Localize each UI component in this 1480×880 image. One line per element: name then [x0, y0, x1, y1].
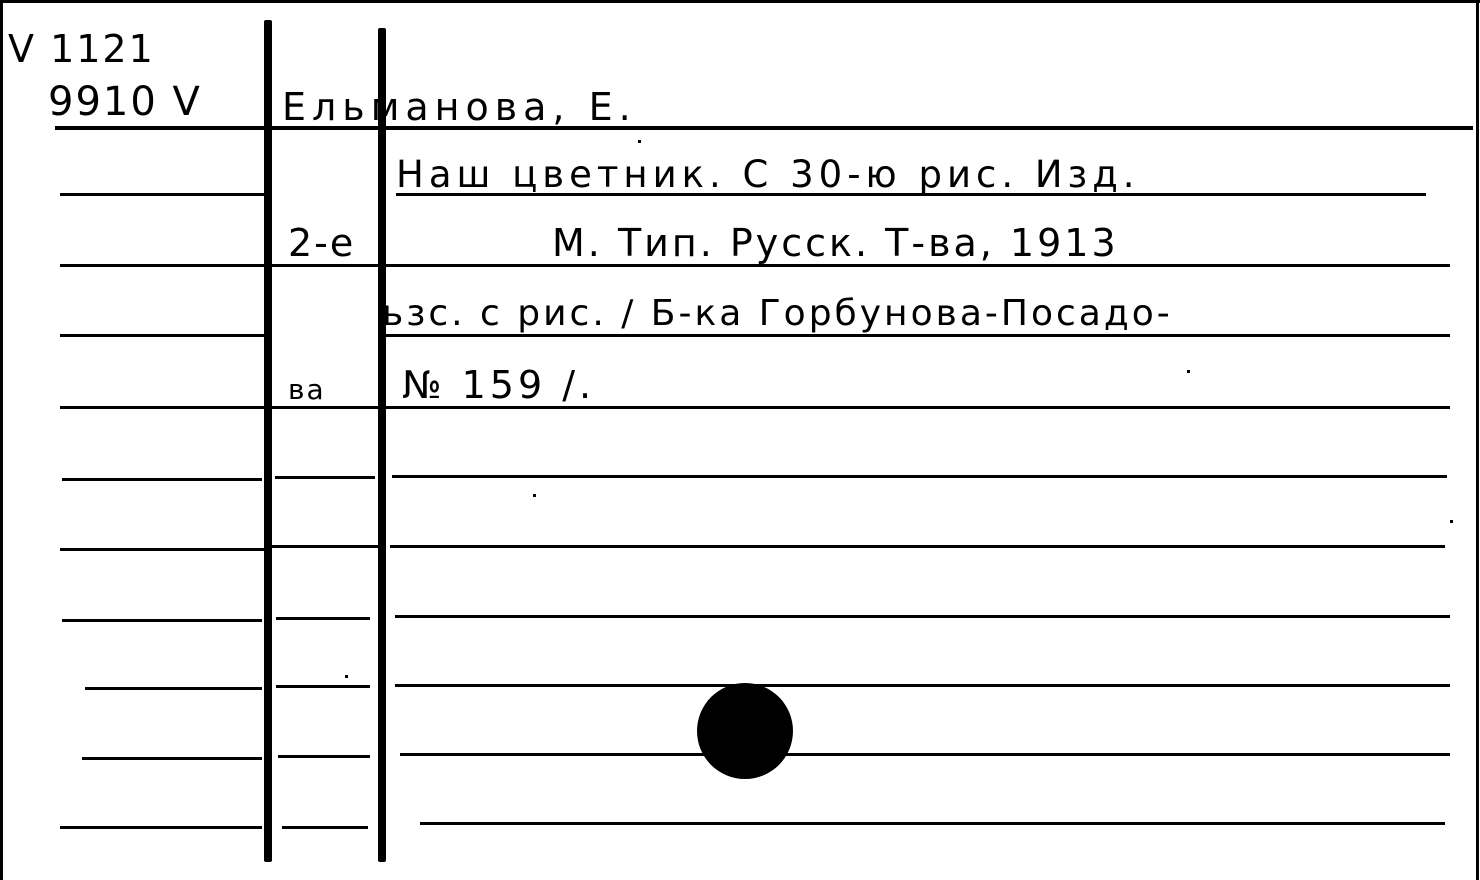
ruled-line [395, 684, 1450, 687]
ruled-line [390, 545, 1445, 548]
margin-continuation: ва [288, 376, 326, 404]
ruled-line [60, 193, 265, 196]
card-top-edge [0, 0, 1480, 3]
author-heading: Ельманова, Е. [282, 88, 637, 126]
scan-speck [1187, 370, 1190, 373]
ruled-line [276, 685, 370, 688]
title-line: Наш цветник. С 30-ю рис. Изд. [396, 156, 1140, 193]
ruled-line [380, 334, 1450, 337]
ruled-line [275, 476, 375, 479]
ruled-line [395, 615, 1450, 618]
ruled-line [278, 755, 370, 758]
ruled-line [266, 545, 378, 548]
punch-hole [697, 683, 793, 779]
ruled-line [85, 687, 262, 690]
description-line: ьзс. с рис. / Б-ка Горбунова-Посадо- [382, 296, 1173, 332]
ruled-line [282, 826, 368, 829]
call-number-line1: V 1121 [8, 30, 155, 68]
column-rule-left [264, 20, 272, 862]
scan-speck [533, 494, 536, 497]
scan-speck [638, 140, 641, 143]
call-number-line2: 9910 V [48, 82, 202, 122]
scan-speck [345, 675, 348, 678]
card-right-edge [1476, 0, 1479, 880]
ruled-line [60, 334, 265, 337]
ruled-line [420, 822, 1445, 825]
edition-margin: 2-е [288, 224, 355, 262]
scan-speck [1450, 520, 1453, 523]
ruled-line [276, 617, 370, 620]
ruled-line [82, 757, 262, 760]
ruled-line [392, 475, 1447, 478]
ruled-line [60, 826, 262, 829]
card-left-edge [0, 0, 3, 880]
catalog-card: V 1121 9910 V Ельманова, Е. Наш цветник.… [0, 0, 1480, 880]
series-number: № 159 /. [402, 366, 595, 404]
column-rule-right [378, 28, 386, 862]
ruled-line [60, 548, 265, 551]
ruled-line [62, 478, 262, 481]
ruled-line [62, 619, 262, 622]
imprint-line: М. Тип. Русск. Т-ва, 1913 [552, 224, 1119, 262]
ruled-line [400, 753, 1450, 756]
